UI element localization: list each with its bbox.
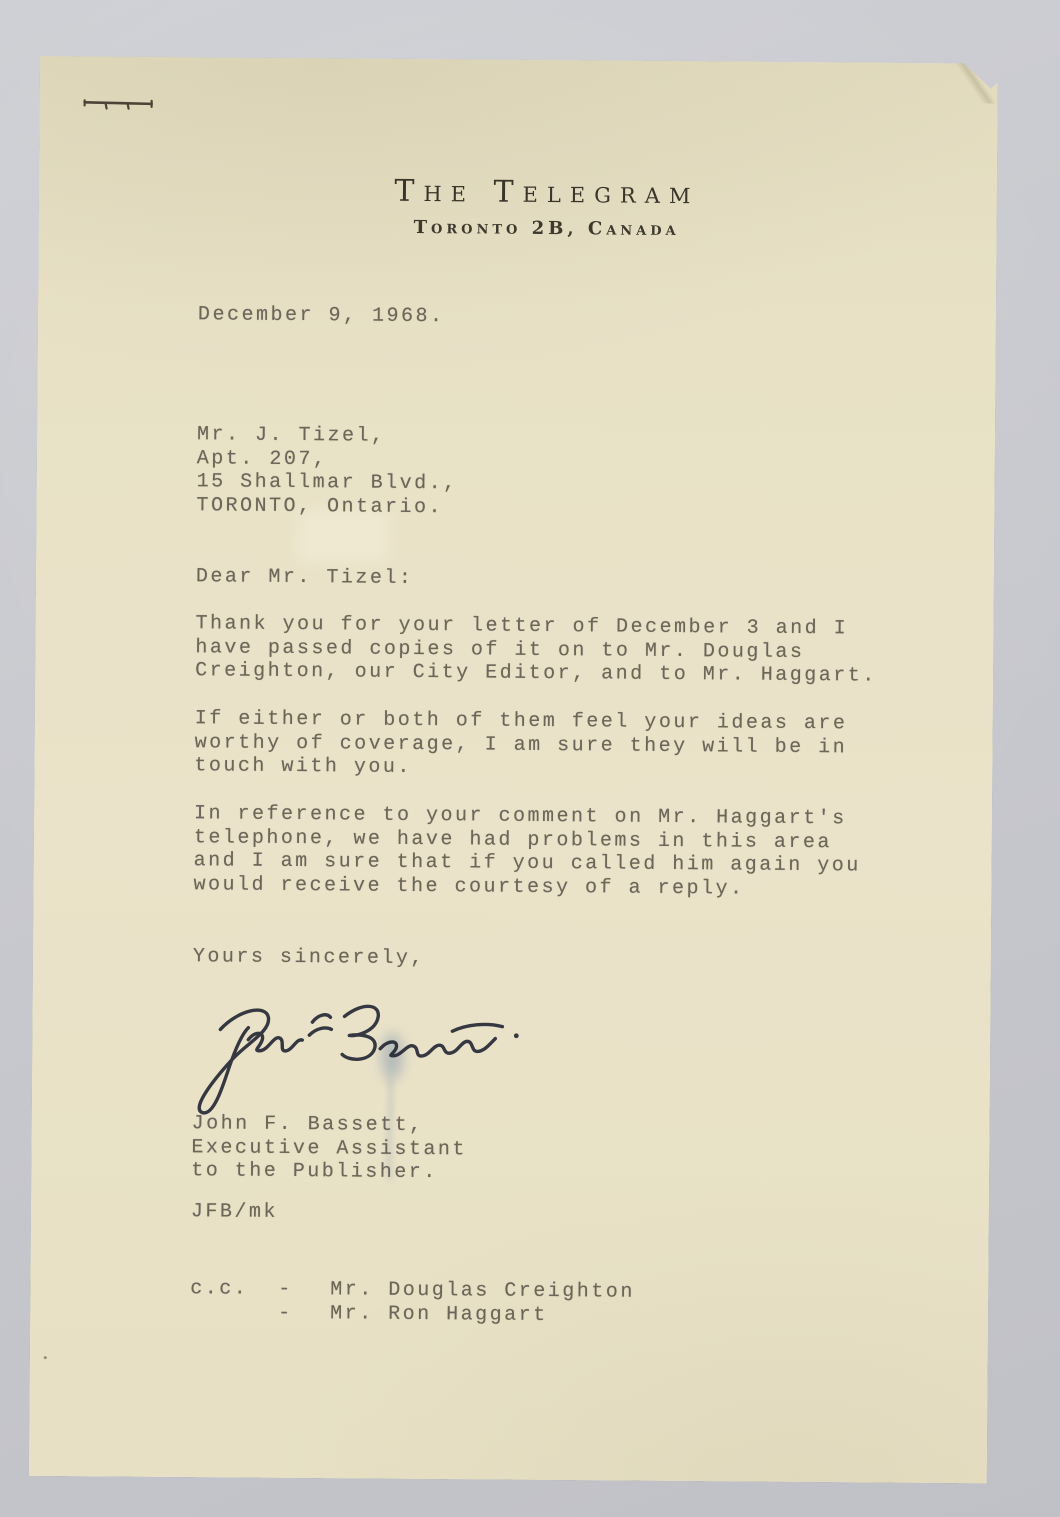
reference-initials: JFB/mk [191,1200,278,1224]
photo-background: The Telegram Toronto 2B, Canada December… [0,0,1060,1517]
paper-speck [44,1356,47,1359]
letter-page: The Telegram Toronto 2B, Canada December… [29,56,998,1483]
cc-item: Mr. Ron Haggart [330,1302,635,1328]
cc-label-spacer [190,1301,278,1325]
cc-dash: - [278,1278,330,1302]
cc-dash: - [278,1302,330,1326]
salutation: Dear Mr. Tizel: [196,565,414,590]
letterhead: The Telegram Toronto 2B, Canada [97,172,997,242]
letterhead-location: Toronto 2B, Canada [97,214,997,242]
cc-block: c.c. - Mr. Douglas Creighton - Mr. Ron H… [190,1277,635,1328]
date-line: December 9, 1968. [198,303,445,329]
letterhead-name: The Telegram [97,172,997,213]
recipient-address: Mr. J. Tizel, Apt. 207, 15 Shallmar Blvd… [196,423,458,519]
cc-label: c.c. [190,1277,278,1301]
body-paragraph-3: In reference to your comment on Mr. Hagg… [193,802,861,902]
signature-handwriting [181,993,543,1226]
corner-fold [950,61,1002,103]
body-paragraph-1: Thank you for your letter of December 3 … [195,612,877,688]
closing-line: Yours sincerely, [193,945,425,970]
cc-item: Mr. Douglas Creighton [330,1278,635,1304]
body-paragraph-2: If either or both of them feel your idea… [194,707,847,783]
staple-icon [82,96,158,113]
signer-block: John F. Bassett, Executive Assistant to … [191,1112,467,1185]
